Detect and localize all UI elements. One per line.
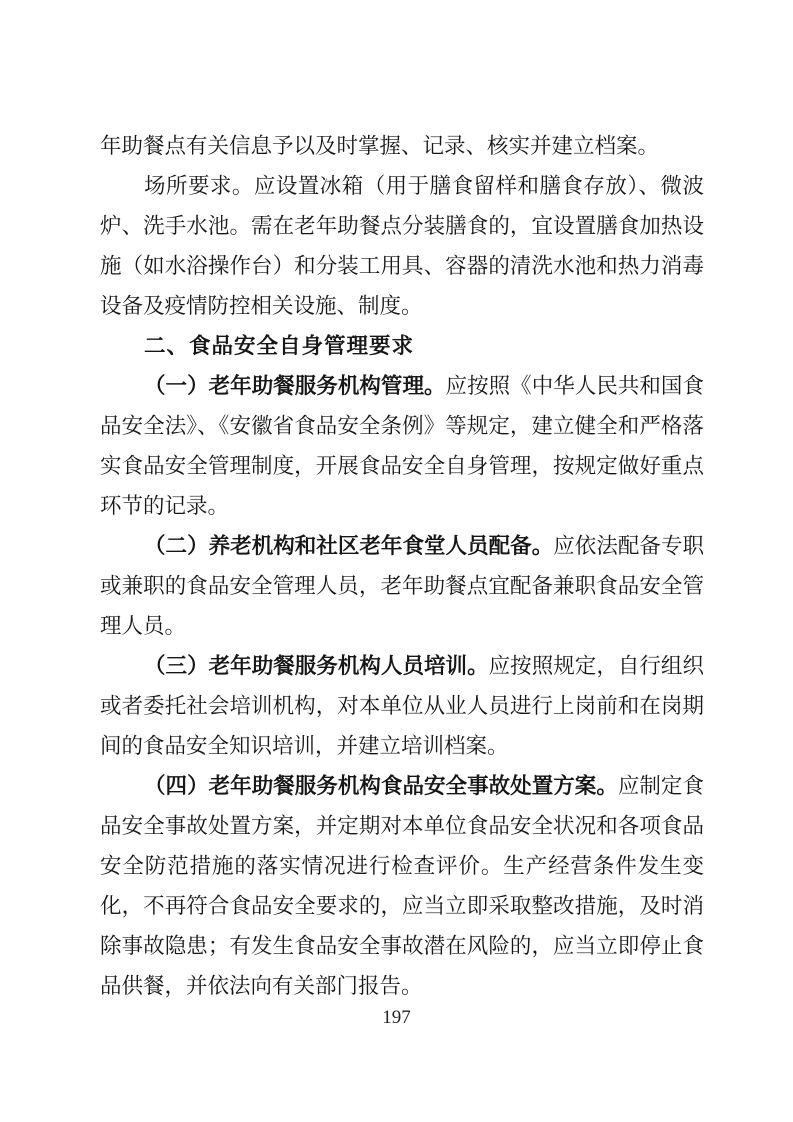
document-page: 年助餐点有关信息予以及时掌握、记录、核实并建立档案。场所要求。应设置冰箱（用于膳…: [0, 0, 793, 1122]
page-number: 197: [0, 1003, 793, 1033]
text-run: 应制定食品安全事故处置方案，并定期对本单位食品安全状况和各项食品安全防范措施的落…: [100, 774, 704, 998]
paragraph: （三）老年助餐服务机构人员培训。应按照规定，自行组织或者委托社会培训机构，对本单…: [100, 646, 704, 766]
paragraph: （二）养老机构和社区老年食堂人员配备。应依法配备专职或兼职的食品安全管理人员，老…: [100, 526, 704, 646]
paragraph: （一）老年助餐服务机构管理。应按照《中华人民共和国食品安全法》、《安徽省食品安全…: [100, 366, 704, 526]
paragraph: 年助餐点有关信息予以及时掌握、记录、核实并建立档案。: [100, 126, 704, 166]
paragraph: 场所要求。应设置冰箱（用于膳食留样和膳食存放）、微波炉、洗手水池。需在老年助餐点…: [100, 166, 704, 326]
bold-run: 二、食品安全自身管理要求: [144, 334, 414, 358]
text-run: 场所要求。应设置冰箱（用于膳食留样和膳食存放）、微波炉、洗手水池。需在老年助餐点…: [100, 174, 704, 318]
document-body: 年助餐点有关信息予以及时掌握、记录、核实并建立档案。场所要求。应设置冰箱（用于膳…: [100, 126, 704, 1006]
section-heading: 二、食品安全自身管理要求: [100, 326, 704, 366]
bold-run: （二）养老机构和社区老年食堂人员配备。: [144, 534, 553, 558]
bold-run: （三）老年助餐服务机构人员培训。: [144, 654, 489, 678]
bold-run: （四）老年助餐服务机构食品安全事故处置方案。: [144, 774, 618, 798]
bold-run: （一）老年助餐服务机构管理。: [144, 374, 446, 398]
text-run: 年助餐点有关信息予以及时掌握、记录、核实并建立档案。: [100, 134, 659, 158]
paragraph: （四）老年助餐服务机构食品安全事故处置方案。应制定食品安全事故处置方案，并定期对…: [100, 766, 704, 1006]
